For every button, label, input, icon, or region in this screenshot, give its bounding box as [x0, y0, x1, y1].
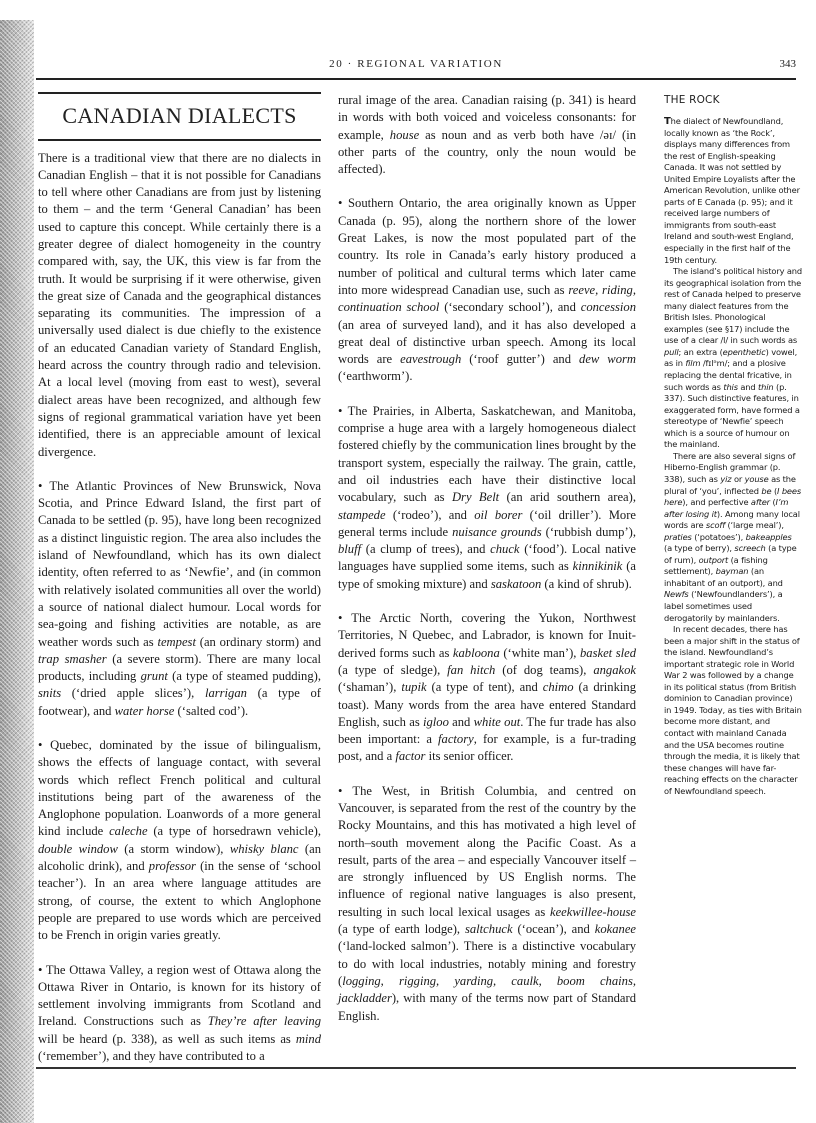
section-title: CANADIAN DIALECTS: [38, 103, 321, 129]
paragraph-ottawa: • The Ottawa Valley, a region west of Ot…: [38, 962, 321, 1066]
paragraph-prairies: • The Prairies, in Alberta, Saskatchewan…: [338, 403, 636, 593]
title-rule-top: [38, 92, 321, 94]
drop-initial: T: [664, 116, 671, 127]
column-middle: rural image of the area. Canadian raisin…: [338, 92, 636, 1042]
sidebar-title: THE ROCK: [664, 94, 802, 106]
footer-rule: [36, 1067, 796, 1069]
scan-gutter: [0, 20, 34, 1123]
paragraph-continuation: rural image of the area. Canadian raisin…: [338, 92, 636, 178]
title-rule-bottom: [38, 139, 321, 141]
page-number: 343: [780, 58, 797, 70]
sidebar-paragraph-2: The island’s political history and its g…: [664, 266, 802, 451]
intro-paragraph: There is a traditional view that there a…: [38, 150, 321, 461]
paragraph-atlantic: • The Atlantic Provinces of New Brunswic…: [38, 478, 321, 720]
sidebar-the-rock: THE ROCK The dialect of Newfoundland, lo…: [664, 92, 802, 797]
column-left: CANADIAN DIALECTS There is a traditional…: [38, 92, 321, 1082]
sidebar-paragraph-3: There are also several signs of Hiberno-…: [664, 451, 802, 624]
running-head: 20 · REGIONAL VARIATION 343: [36, 58, 796, 74]
paragraph-ontario: • Southern Ontario, the area originally …: [338, 195, 636, 385]
sidebar-paragraph-4: In recent decades, there has been a majo…: [664, 624, 802, 797]
sidebar-paragraph-1: The dialect of Newfoundland, locally kno…: [664, 116, 802, 266]
header-rule: [36, 78, 796, 80]
paragraph-west: • The West, in British Columbia, and cen…: [338, 783, 636, 1025]
paragraph-quebec: • Quebec, dominated by the issue of bili…: [38, 737, 321, 945]
paragraph-arctic: • The Arctic North, covering the Yukon, …: [338, 610, 636, 766]
running-title: 20 · REGIONAL VARIATION: [36, 58, 796, 70]
